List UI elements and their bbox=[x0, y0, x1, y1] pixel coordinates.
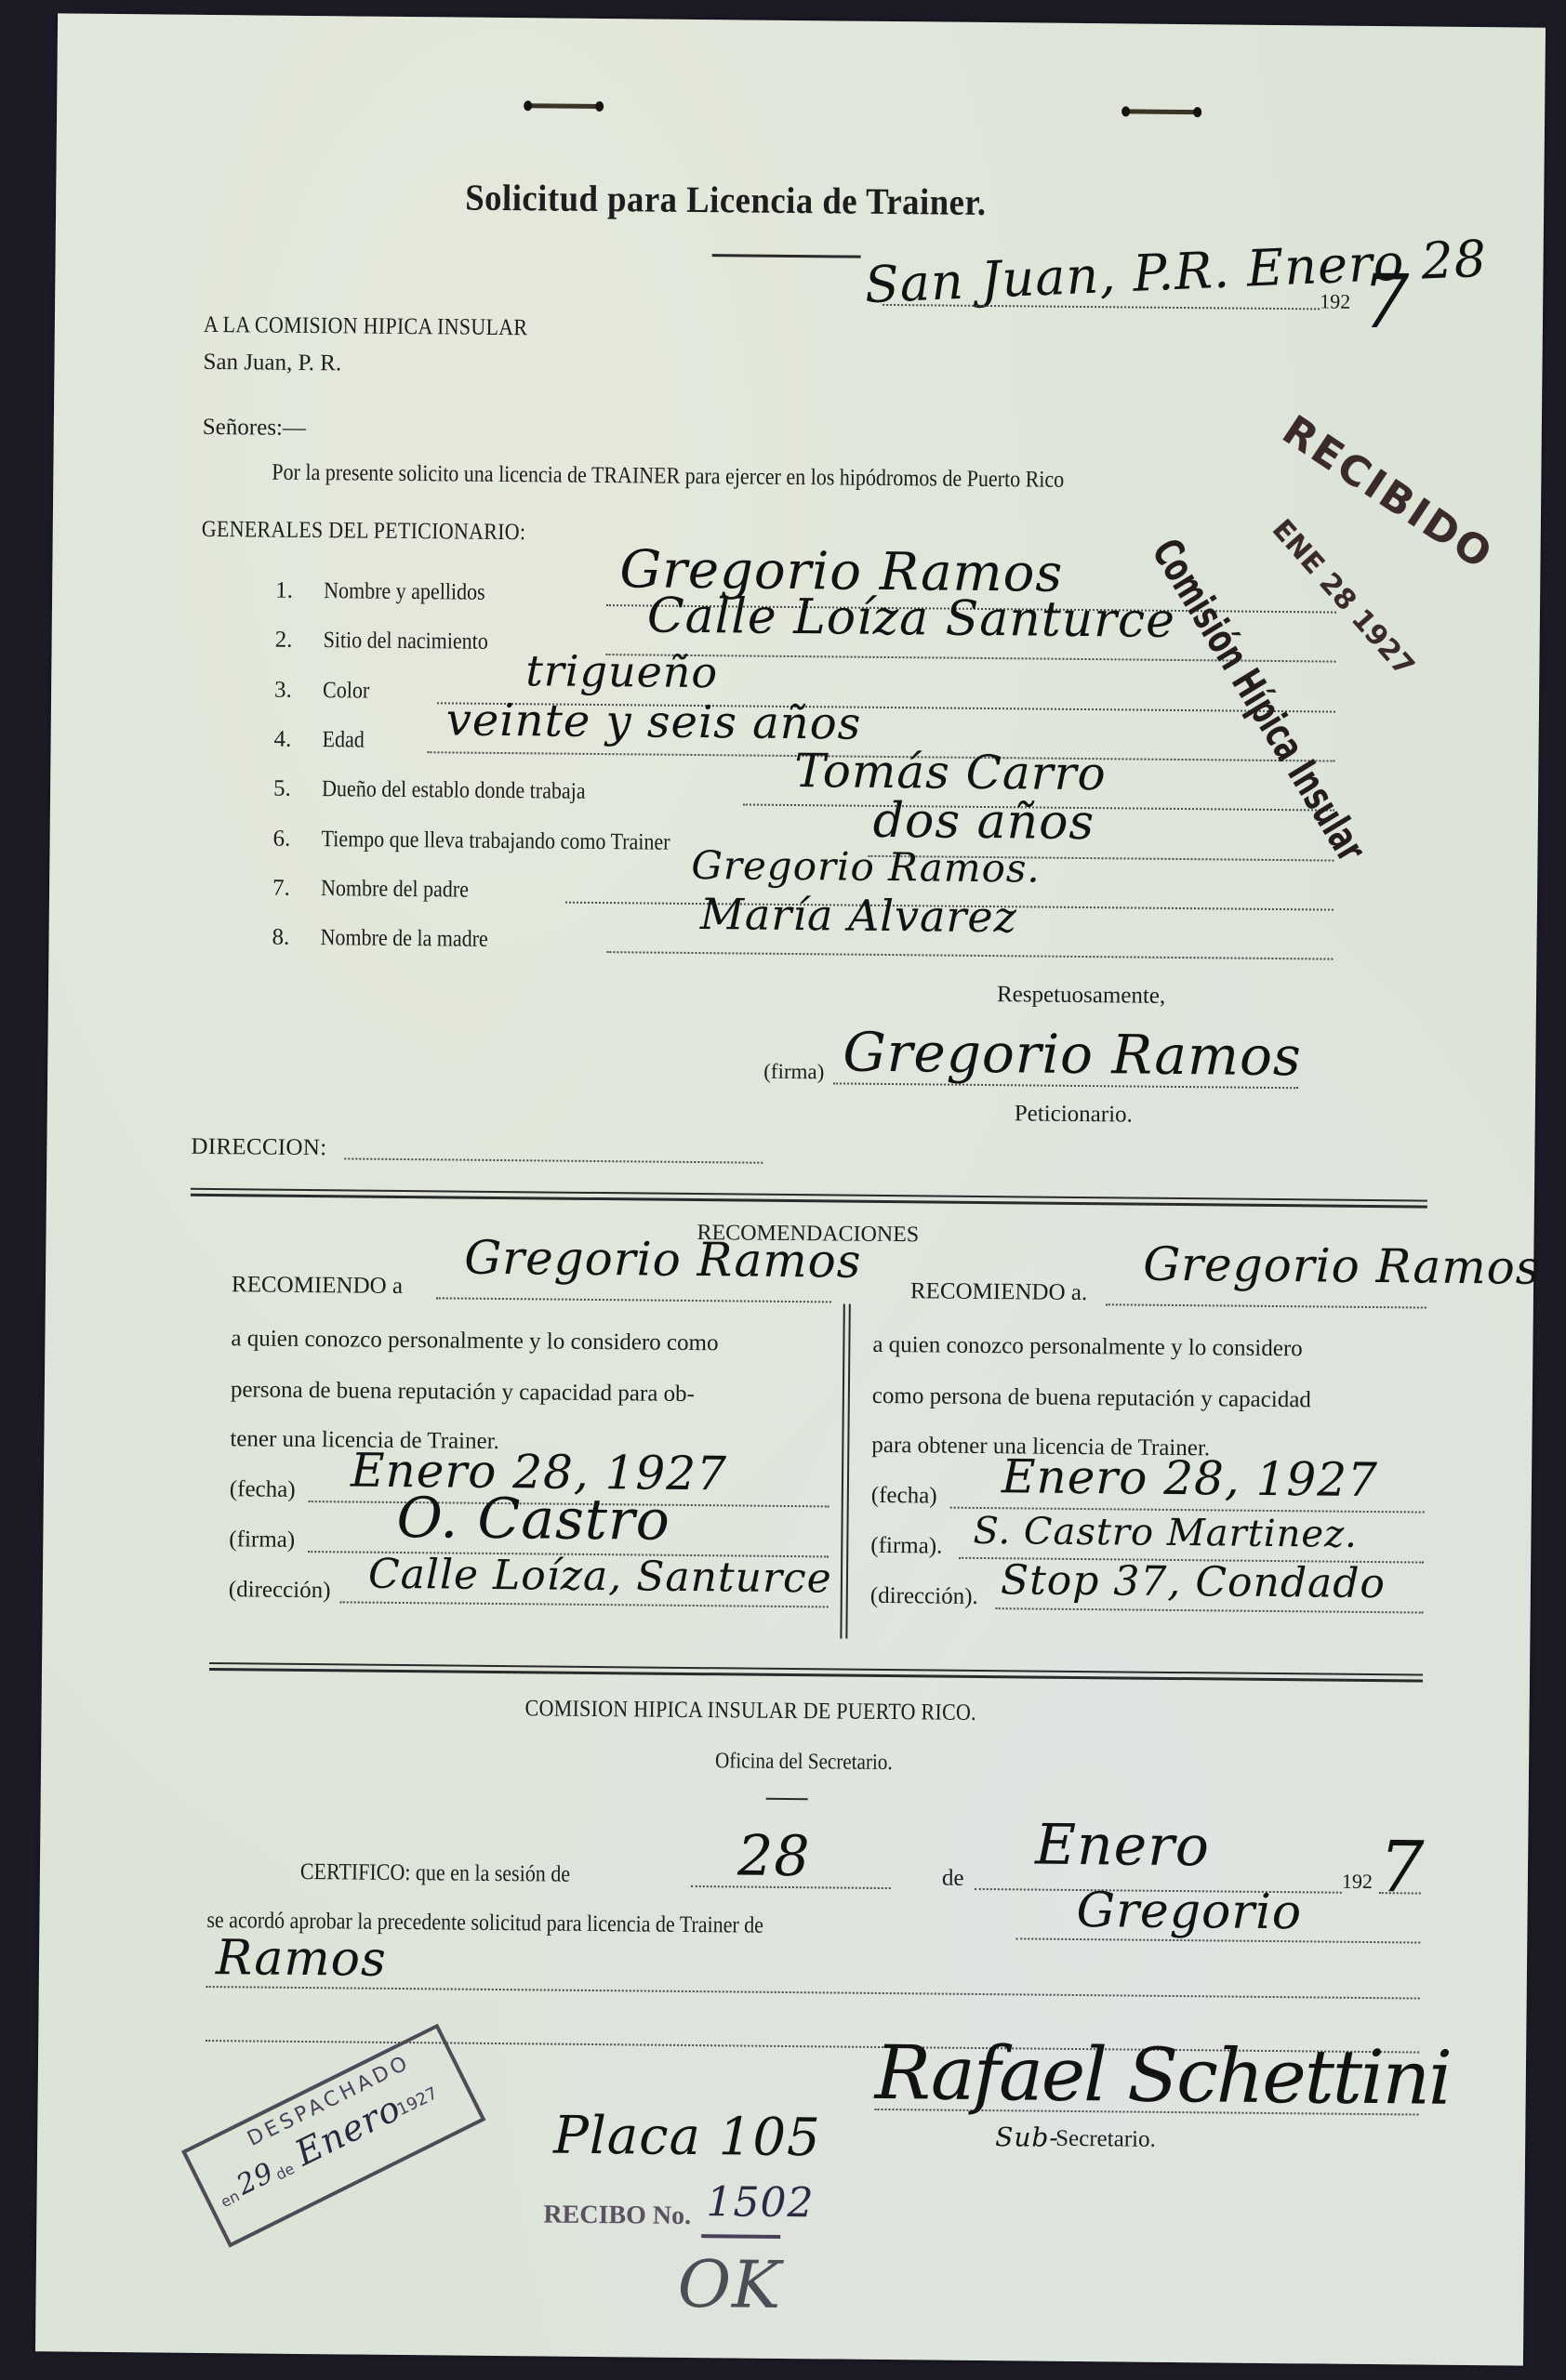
recomiendo-line bbox=[1106, 1303, 1427, 1308]
direccion-value[interactable]: Stop 37, Condado bbox=[1001, 1556, 1386, 1607]
field-label: Sitio del nacimiento bbox=[324, 628, 488, 655]
field-row-7: 7. Nombre del padre Gregorio Ramos. bbox=[58, 13, 1546, 27]
direccion-line bbox=[340, 1601, 829, 1607]
field-row-1: 1. Nombre y apellidos Gregorio Ramos bbox=[58, 13, 1546, 27]
name-line-2 bbox=[206, 1986, 1420, 2000]
recomiendo-value[interactable]: Gregorio Ramos bbox=[1143, 1237, 1541, 1295]
field-value-dueno[interactable]: Tomás Carro bbox=[794, 744, 1107, 800]
place-date-year-suffix: 7 bbox=[1361, 258, 1411, 345]
recommendation-text-line: a quien conozco personalmente y lo consi… bbox=[231, 1326, 718, 1356]
field-label: Edad bbox=[322, 727, 364, 753]
column-divider-a bbox=[840, 1304, 844, 1639]
addressee-line1: A LA COMISION HIPICA INSULAR bbox=[204, 312, 528, 341]
firma-label: (firma) bbox=[763, 1060, 824, 1085]
field-label: Dueño del establo donde trabaja bbox=[322, 776, 586, 805]
session-de-label: de bbox=[942, 1866, 964, 1892]
direccion-value[interactable]: Calle Loíza, Santurce bbox=[368, 1551, 832, 1603]
field-number: 7. bbox=[272, 876, 290, 902]
closing-text: Respetuosamente, bbox=[997, 982, 1165, 1010]
place-date-year-prefix: 192 bbox=[1320, 289, 1350, 313]
intro-text: Por la presente solicito una licencia de… bbox=[272, 460, 1064, 494]
field-row-2: 2. Sitio del nacimiento Calle Loíza Sant… bbox=[58, 13, 1546, 27]
field-row-4: 4. Edad veinte y seis años bbox=[58, 13, 1546, 27]
field-line bbox=[606, 951, 1333, 959]
recommendation-text-line: persona de buena reputación y capacidad … bbox=[231, 1377, 695, 1408]
generales-heading: GENERALES DEL PETICIONARIO: bbox=[202, 517, 526, 546]
form-title: Solicitud para Licencia de Trainer. bbox=[465, 176, 987, 224]
field-row-5: 5. Dueño del establo donde trabaja Tomás… bbox=[58, 13, 1546, 27]
session-year-line bbox=[1379, 1892, 1421, 1894]
direccion-line bbox=[996, 1607, 1424, 1613]
field-label: Nombre y apellidos bbox=[324, 578, 485, 606]
column-divider-b bbox=[845, 1304, 850, 1639]
direccion-label: DIRECCION: bbox=[191, 1134, 326, 1161]
field-number: 1. bbox=[275, 578, 293, 604]
fecha-label: (fecha) bbox=[871, 1483, 937, 1510]
stamp-recibido-date: ENE 28 1927 bbox=[1266, 513, 1421, 682]
recomiendo-label: RECOMIENDO a. bbox=[910, 1278, 1088, 1306]
session-month[interactable]: Enero bbox=[1035, 1813, 1210, 1880]
session-year-suffix[interactable]: 7 bbox=[1379, 1825, 1426, 1908]
field-label: Color bbox=[323, 678, 369, 704]
field-number: 2. bbox=[275, 628, 293, 654]
placa-annotation: Placa 105 bbox=[553, 2106, 821, 2169]
secretario-label: Secretario. bbox=[1055, 2126, 1156, 2153]
ok-mark: OK bbox=[677, 2246, 781, 2323]
section-divider-2-bottom bbox=[209, 1668, 1423, 1683]
fecha-label: (fecha) bbox=[230, 1476, 296, 1503]
recommendation-right: RECOMIENDO a. Gregorio Ramos a quien con… bbox=[58, 13, 1546, 27]
recommendation-left: RECOMIENDO a Gregorio Ramos a quien cono… bbox=[58, 13, 1546, 27]
field-value-tiempo[interactable]: dos años bbox=[873, 793, 1095, 851]
field-value-color[interactable]: trigueño bbox=[525, 645, 718, 697]
field-number: 4. bbox=[273, 727, 291, 753]
field-row-3: 3. Color trigueño bbox=[58, 13, 1546, 27]
recibo-value: 1502 bbox=[706, 2178, 814, 2227]
field-value-nacimiento[interactable]: Calle Loíza Santurce bbox=[647, 588, 1176, 648]
field-number: 8. bbox=[272, 925, 289, 951]
staple-left bbox=[526, 103, 601, 109]
applicant-signature[interactable]: Gregorio Ramos bbox=[843, 1021, 1302, 1089]
field-row-8: 8. Nombre de la madre María Alvarez bbox=[58, 13, 1546, 27]
recommendation-text-line: a quien conozco personalmente y lo consi… bbox=[872, 1332, 1303, 1362]
fecha-value[interactable]: Enero 28, 1927 bbox=[1002, 1449, 1378, 1507]
field-value-padre[interactable]: Gregorio Ramos. bbox=[691, 842, 1041, 892]
application-form-page: Solicitud para Licencia de Trainer. San … bbox=[35, 13, 1546, 2365]
field-label: Tiempo que lleva trabajando como Trainer bbox=[321, 826, 670, 856]
title-underline bbox=[712, 254, 861, 258]
firma-value[interactable]: O. Castro bbox=[396, 1486, 670, 1554]
field-number: 6. bbox=[272, 826, 290, 853]
field-row-6: 6. Tiempo que lleva trabajando como Trai… bbox=[58, 13, 1546, 27]
peticionario-label: Peticionario. bbox=[1015, 1101, 1133, 1128]
field-number: 5. bbox=[273, 776, 291, 802]
addressee-line2: San Juan, P. R. bbox=[203, 350, 341, 377]
recommendation-text-line: como persona de buena reputación y capac… bbox=[872, 1383, 1311, 1414]
firma-label: (firma) bbox=[229, 1527, 295, 1554]
direccion-line bbox=[344, 1157, 763, 1163]
recomiendo-label: RECOMIENDO a bbox=[232, 1272, 403, 1300]
session-year-prefix: 192 bbox=[1342, 1870, 1373, 1894]
session-day[interactable]: 28 bbox=[737, 1823, 811, 1889]
certificate-org: COMISION HIPICA INSULAR DE PUERTO RICO. bbox=[524, 1696, 976, 1726]
recomiendo-value[interactable]: Gregorio Ramos bbox=[464, 1231, 862, 1289]
secretary-signature[interactable]: Rafael Schettini bbox=[874, 2030, 1451, 2122]
field-label: Nombre de la madre bbox=[320, 925, 487, 953]
secretario-prefix: Sub- bbox=[995, 2122, 1059, 2153]
direccion-label: (dirección) bbox=[229, 1577, 331, 1604]
field-value-edad[interactable]: veinte y seis años bbox=[446, 694, 862, 749]
certificate-office: Oficina del Secretario. bbox=[715, 1749, 893, 1776]
recomiendo-line bbox=[436, 1297, 831, 1302]
direccion-label: (dirección). bbox=[870, 1583, 978, 1610]
recibo-label: RECIBO No. bbox=[543, 2201, 691, 2232]
certificate-name-part1[interactable]: Gregorio bbox=[1076, 1883, 1302, 1940]
office-underline bbox=[766, 1798, 808, 1800]
salutation: Señores:— bbox=[203, 415, 306, 442]
certifico-label: CERTIFICO: que en la sesión de bbox=[300, 1859, 570, 1888]
field-number: 3. bbox=[274, 678, 292, 704]
firma-value[interactable]: S. Castro Martinez. bbox=[973, 1510, 1358, 1556]
field-label: Nombre del padre bbox=[321, 876, 469, 904]
certificate-name-part2[interactable]: Ramos bbox=[216, 1930, 387, 1988]
field-value-madre[interactable]: María Alvarez bbox=[700, 889, 1018, 942]
firma-label: (firma). bbox=[870, 1533, 942, 1560]
staple-right bbox=[1124, 109, 1199, 114]
recibo-underline bbox=[701, 2234, 780, 2239]
